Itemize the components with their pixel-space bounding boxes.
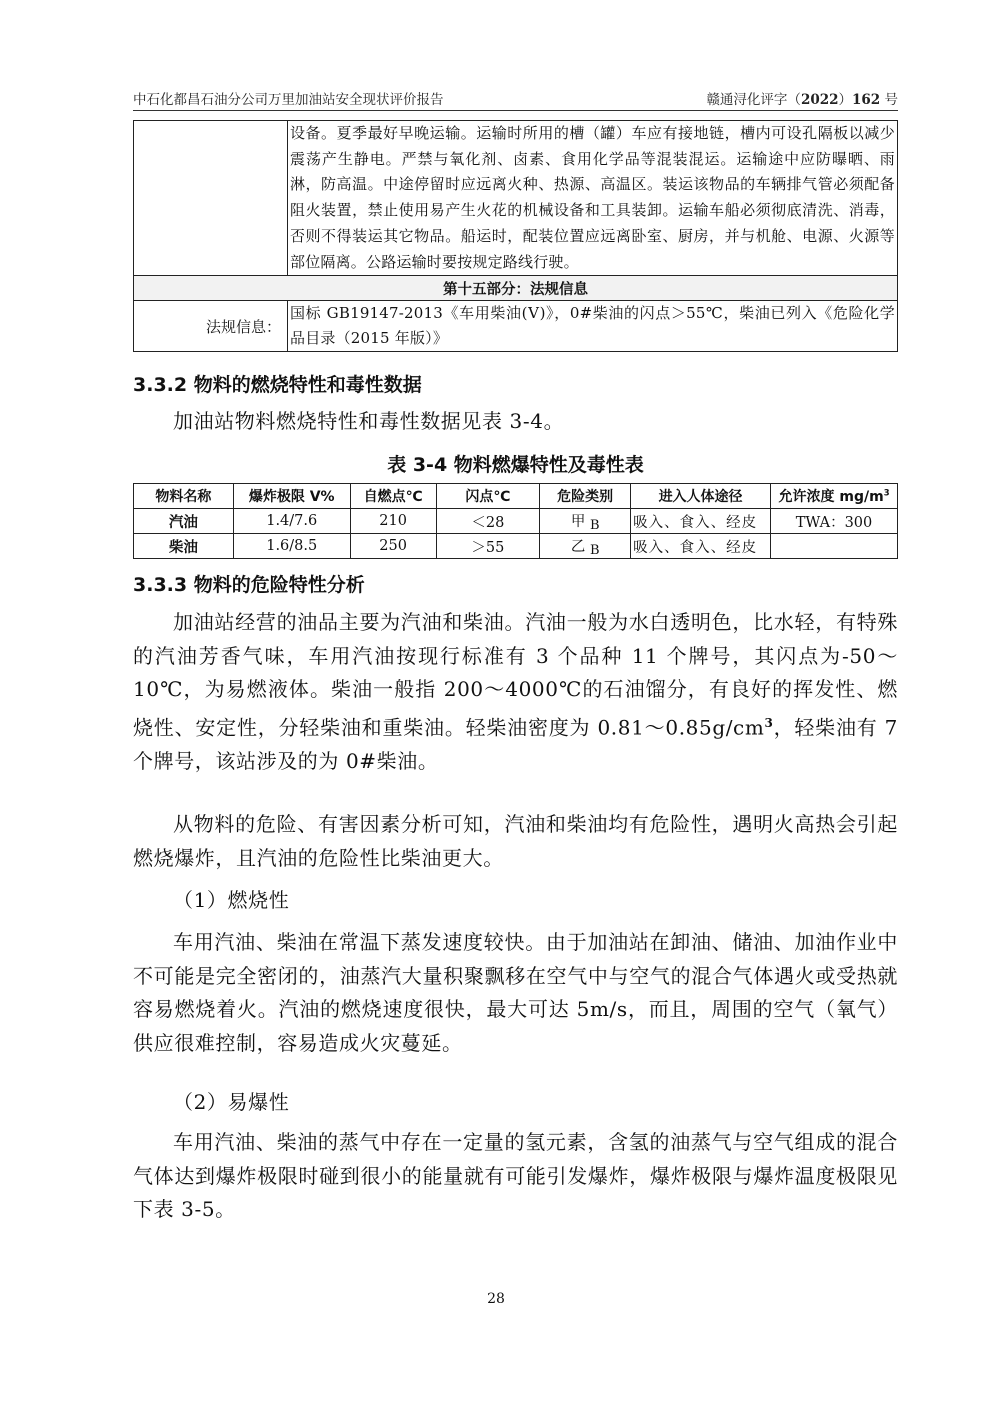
running-header: 中石化都昌石油分公司万里加油站安全现状评价报告 赣通浔化评字（2022）162 …	[133, 86, 898, 108]
heading-3-3-2: 3.3.2 物料的燃烧特性和毒性数据	[133, 370, 422, 397]
cell-limit: TWA：300	[771, 509, 898, 534]
paragraph-333-hazard: 从物料的危险、有害因素分析可知，汽油和柴油均有危险性，遇明火高热会引起燃烧爆炸，…	[133, 808, 898, 875]
msds-row-transport: 设备。夏季最好早晚运输。运输时所用的槽（罐）车应有接地链，槽内可设孔隔板以减少震…	[134, 121, 898, 276]
cell-autoignition: 210	[350, 509, 436, 534]
subheading-explosiveness: （2）易爆性	[133, 1086, 898, 1120]
paragraph-332-intro: 加油站物料燃烧特性和毒性数据见表 3-4。	[133, 405, 898, 439]
col-material-name: 物料名称	[134, 484, 234, 509]
table-row: 柴油 1.6/8.5 250 ＞55 乙 B 吸入、食入、经皮	[134, 534, 898, 559]
cell-hazard-class: 乙 B	[540, 534, 631, 559]
subheading-flammability: （1）燃烧性	[133, 884, 898, 918]
table-3-4: 物料名称 爆炸极限 V% 自燃点℃ 闪点℃ 危险类别 进入人体途径 允许浓度 m…	[133, 483, 898, 559]
header-divider	[133, 110, 898, 111]
heading-3-3-3: 3.3.3 物料的危险特性分析	[133, 570, 365, 597]
cell-route: 吸入、食入、经皮	[631, 534, 771, 559]
page-number: 28	[0, 1291, 992, 1307]
table-header-row: 物料名称 爆炸极限 V% 自燃点℃ 闪点℃ 危险类别 进入人体途径 允许浓度 m…	[134, 484, 898, 509]
cell-hazard-class: 甲 B	[540, 509, 631, 534]
cell-name: 汽油	[134, 509, 234, 534]
col-autoignition: 自燃点℃	[350, 484, 436, 509]
cell-flash-point: ＞55	[436, 534, 540, 559]
cell-explosion-limit: 1.6/8.5	[233, 534, 350, 559]
table-row: 汽油 1.4/7.6 210 ＜28 甲 B 吸入、食入、经皮 TWA：300	[134, 509, 898, 534]
msds-section-row: 第十五部分：法规信息	[134, 276, 898, 301]
paragraph-explosiveness: 车用汽油、柴油的蒸气中存在一定量的氢元素，含氢的油蒸气与空气组成的混合气体达到爆…	[133, 1126, 898, 1227]
report-number: 赣通浔化评字（2022）162 号	[706, 88, 898, 108]
table-3-4-caption: 表 3-4 物料燃爆特性及毒性表	[133, 450, 898, 477]
msds-section-title: 第十五部分：法规信息	[134, 276, 898, 301]
cell-route: 吸入、食入、经皮	[631, 509, 771, 534]
cell-name: 柴油	[134, 534, 234, 559]
msds-reg-text: 国标 GB19147-2013《车用柴油(Ⅴ)》，0#柴油的闪点＞55℃，柴油已…	[288, 301, 898, 352]
col-flash-point: 闪点℃	[436, 484, 540, 509]
paragraph-flammability: 车用汽油、柴油在常温下蒸发速度较快。由于加油站在卸油、储油、加油作业中不可能是完…	[133, 926, 898, 1060]
cell-explosion-limit: 1.4/7.6	[233, 509, 350, 534]
col-allowed-concentration: 允许浓度 mg/m3	[771, 484, 898, 509]
col-exposure-route: 进入人体途径	[631, 484, 771, 509]
msds-label-empty	[134, 121, 288, 276]
paragraph-333-oils: 加油站经营的油品主要为汽油和柴油。汽油一般为水白透明色，比水轻，有特殊的汽油芳香…	[133, 606, 898, 778]
col-hazard-class: 危险类别	[540, 484, 631, 509]
col-explosion-limit: 爆炸极限 V%	[233, 484, 350, 509]
msds-row-regulation: 法规信息： 国标 GB19147-2013《车用柴油(Ⅴ)》，0#柴油的闪点＞5…	[134, 301, 898, 352]
cell-limit	[771, 534, 898, 559]
cell-flash-point: ＜28	[436, 509, 540, 534]
msds-transport-text: 设备。夏季最好早晚运输。运输时所用的槽（罐）车应有接地链，槽内可设孔隔板以减少震…	[288, 121, 898, 276]
cell-autoignition: 250	[350, 534, 436, 559]
msds-reg-label: 法规信息：	[134, 301, 288, 352]
report-title: 中石化都昌石油分公司万里加油站安全现状评价报告	[133, 88, 444, 108]
msds-table: 设备。夏季最好早晚运输。运输时所用的槽（罐）车应有接地链，槽内可设孔隔板以减少震…	[133, 120, 898, 352]
document-page: 中石化都昌石油分公司万里加油站安全现状评价报告 赣通浔化评字（2022）162 …	[0, 0, 992, 1403]
